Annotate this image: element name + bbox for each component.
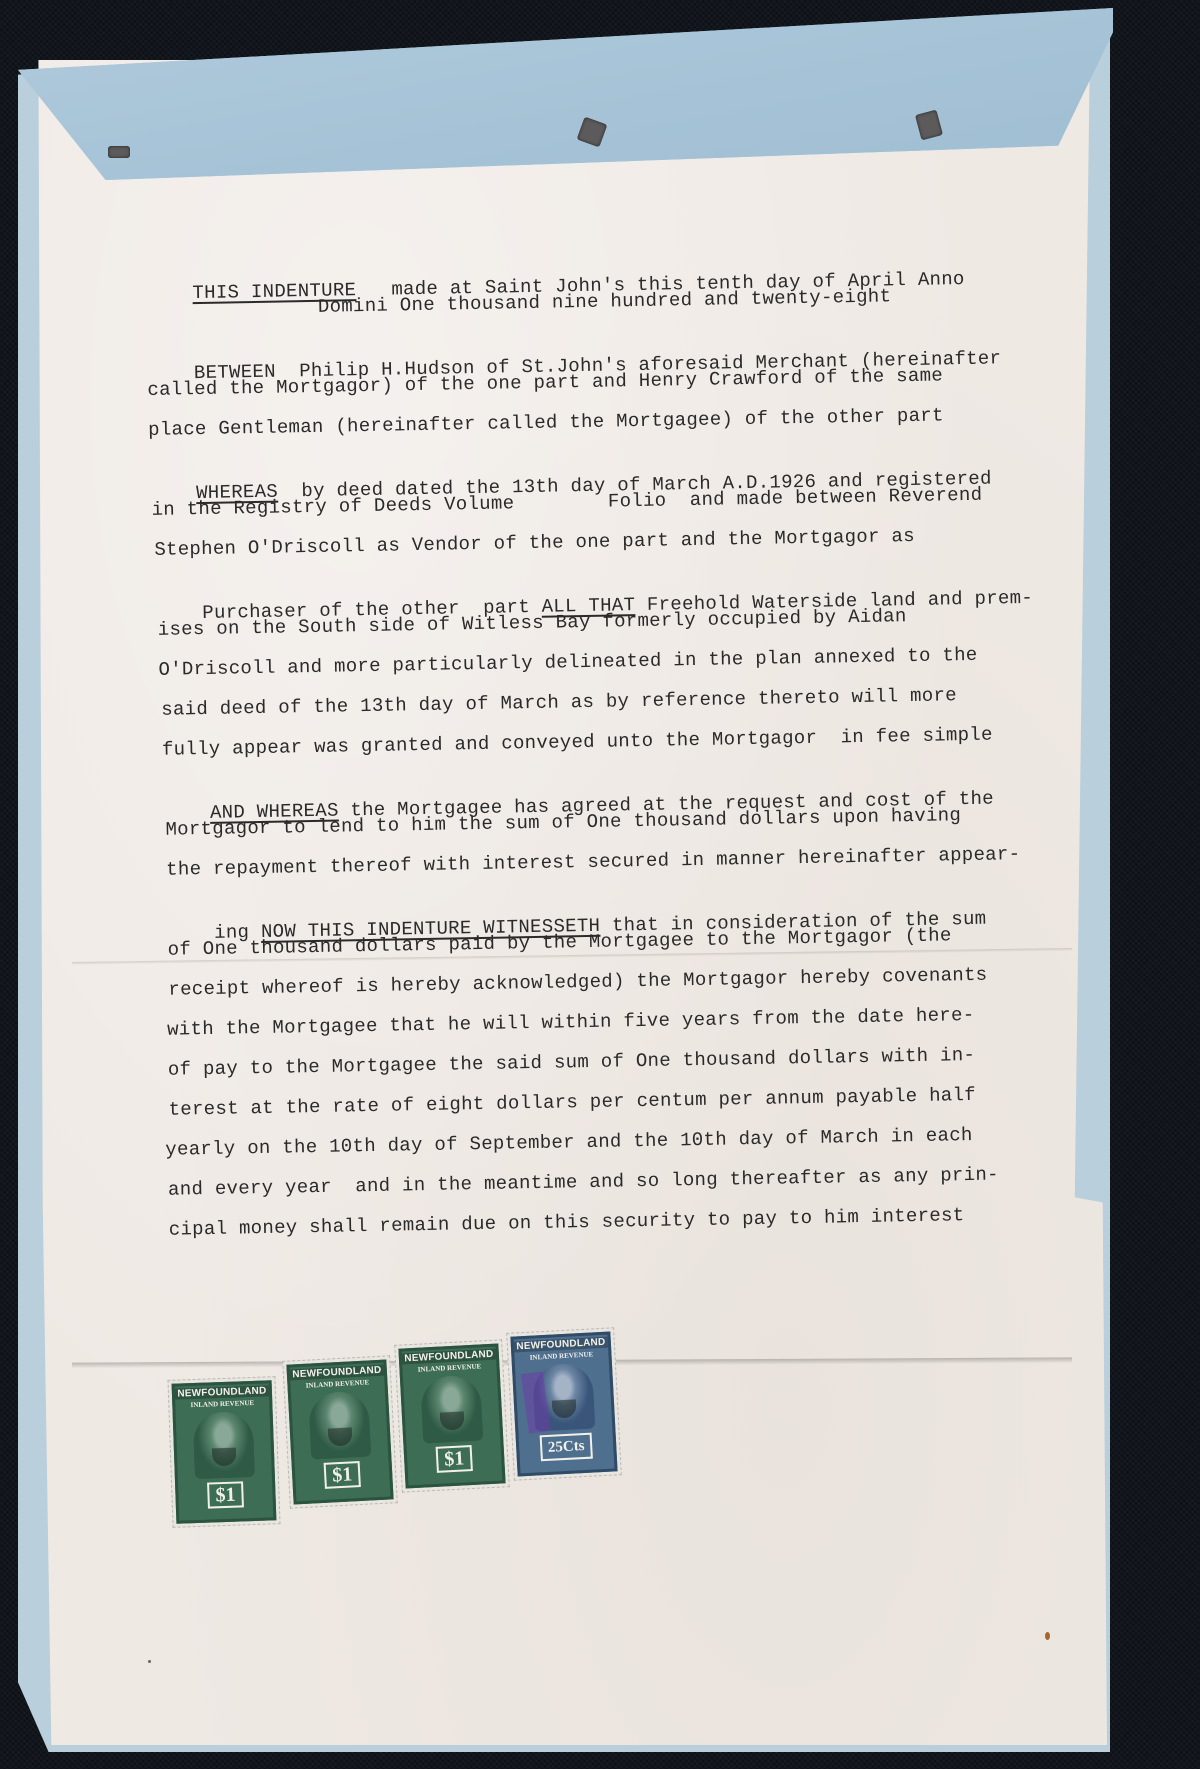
staple-icon bbox=[108, 146, 130, 158]
revenue-stamps: NEWFOUNDLAND INLAND REVENUE $1 NEWFOUNDL… bbox=[170, 1328, 640, 1528]
revenue-stamp: NEWFOUNDLAND INLAND REVENUE 25Cts bbox=[506, 1327, 622, 1480]
revenue-stamp: NEWFOUNDLAND INLAND REVENUE $1 bbox=[167, 1376, 280, 1528]
paper-stain bbox=[148, 1660, 151, 1663]
revenue-stamp: NEWFOUNDLAND INLAND REVENUE $1 bbox=[282, 1355, 398, 1508]
king-portrait-icon bbox=[308, 1390, 371, 1459]
king-portrait-icon bbox=[193, 1411, 255, 1479]
revenue-stamp: NEWFOUNDLAND INLAND REVENUE $1 bbox=[394, 1339, 510, 1492]
paper-stain bbox=[1045, 1632, 1050, 1640]
king-portrait-icon bbox=[420, 1374, 483, 1443]
